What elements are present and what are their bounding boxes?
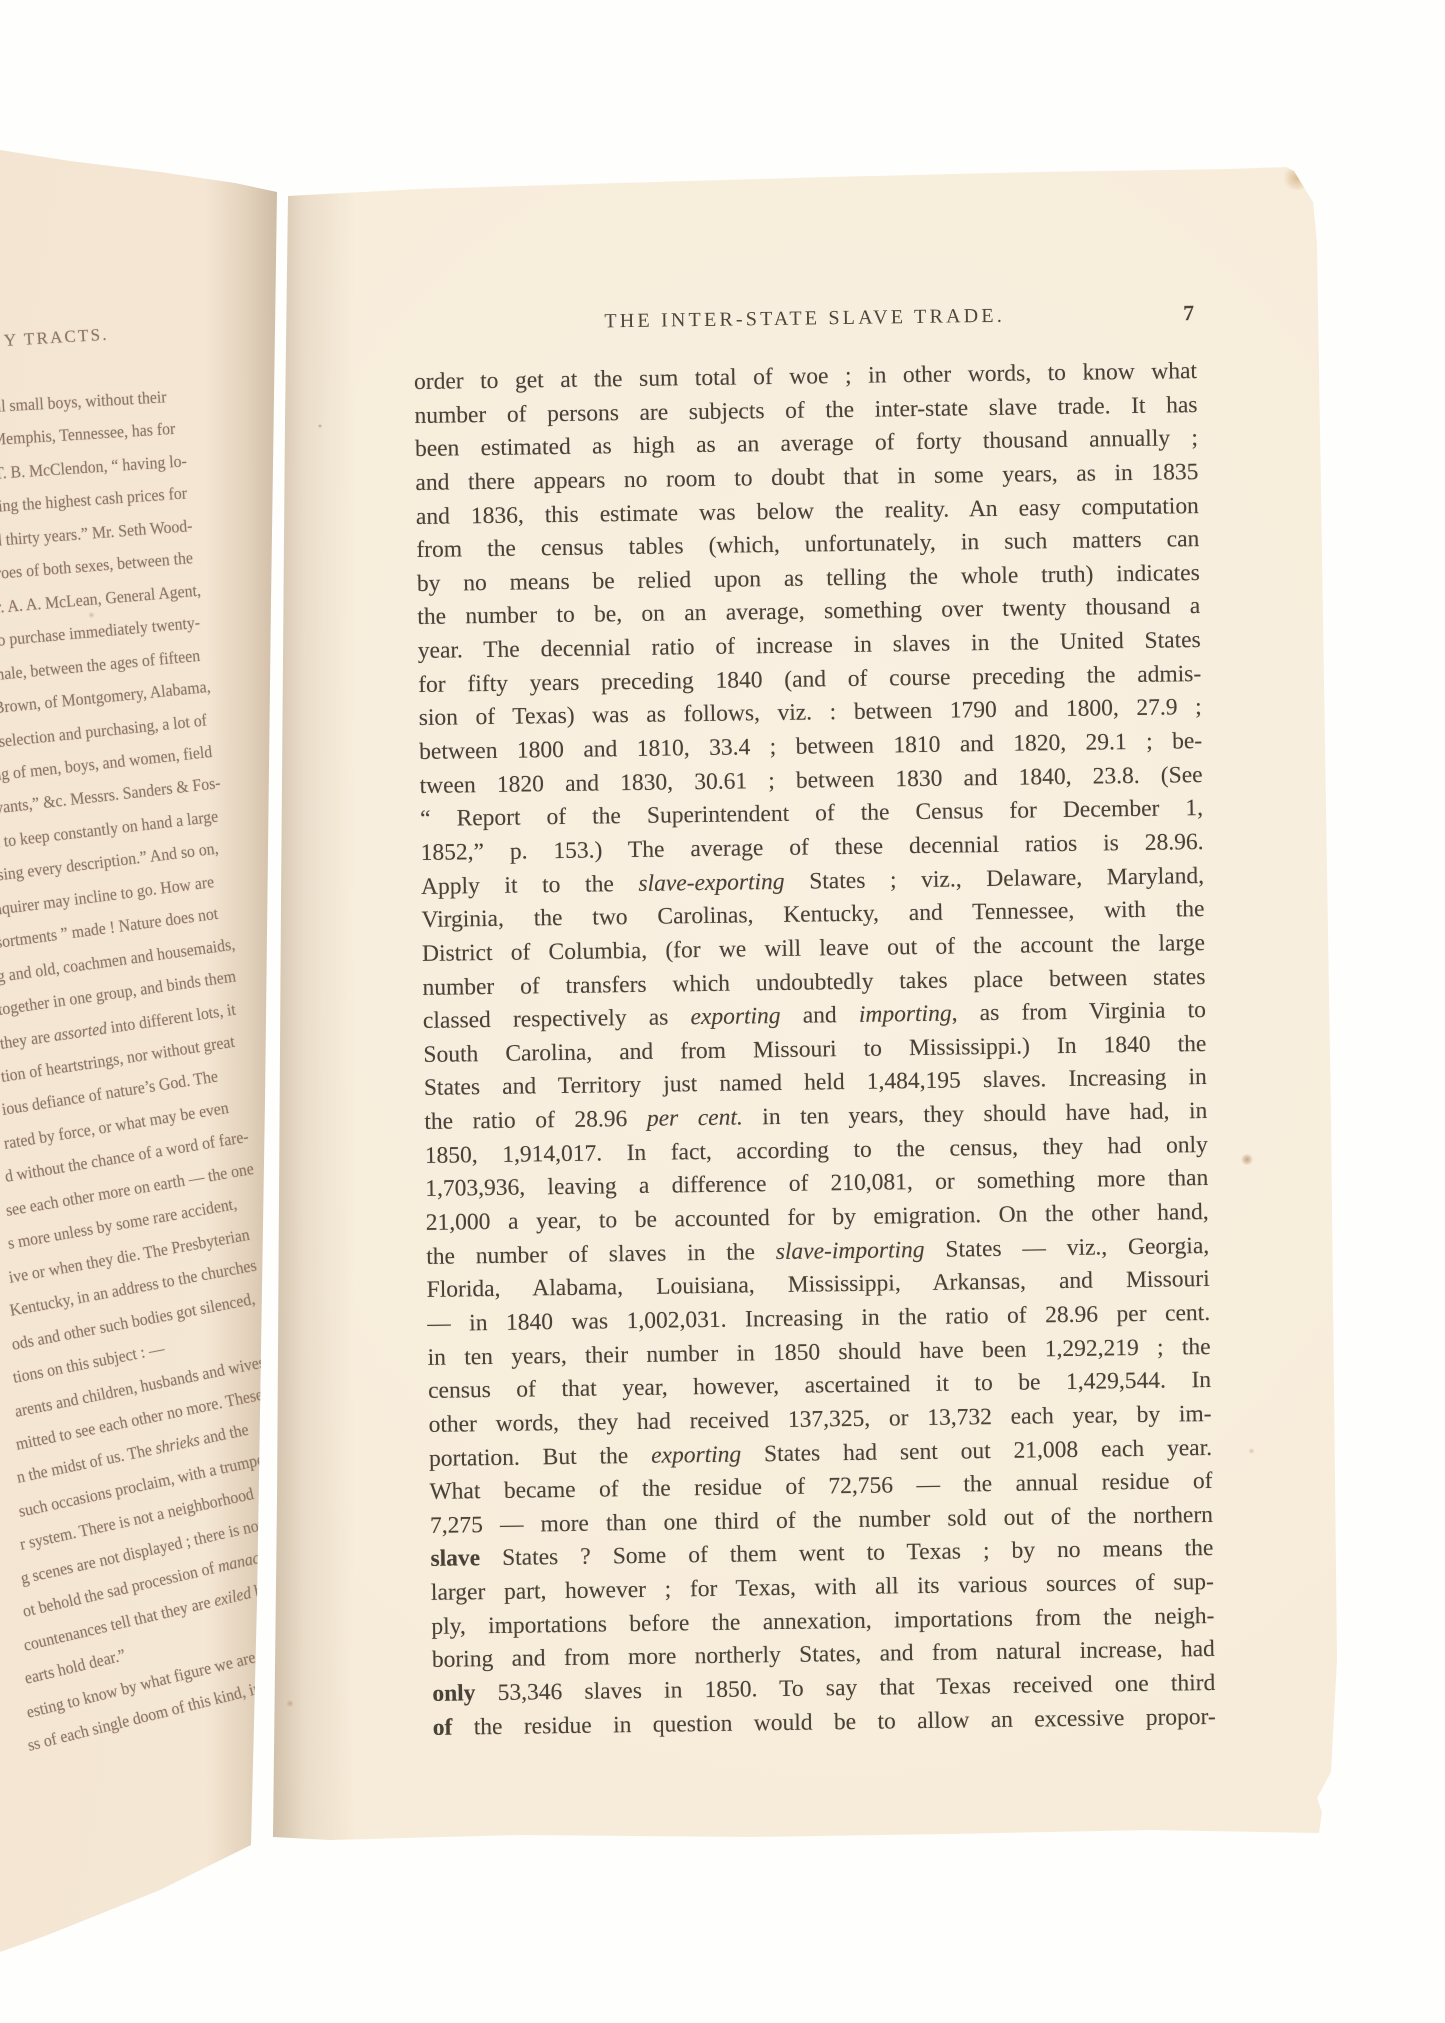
left-page-line: egroes of both sexes, between the xyxy=(0,548,193,585)
left-page-line: Mr. A. A. McLean, General Agent, xyxy=(0,580,202,618)
left-page-line: and thirty years.” Mr. Seth Wood- xyxy=(0,516,194,552)
left-page-line: giving the highest cash prices for xyxy=(0,484,188,519)
left-page-line: of Memphis, Tennessee, has for xyxy=(0,419,176,451)
main-page-gutter-shadow xyxy=(270,160,355,1843)
left-page-line: Ir. T. B. McClendon, “ having lo- xyxy=(0,451,187,485)
left-page-line: emale, between the ages of fifteen xyxy=(0,645,201,685)
running-head-title: THE INTER-STATE SLAVE TRADE. xyxy=(604,305,1005,333)
running-head-row: THE INTER-STATE SLAVE TRADE. 7 xyxy=(413,297,1196,340)
main-page-text: THE INTER-STATE SLAVE TRADE. 7 order to … xyxy=(413,297,1216,1745)
book-photo: Y TRACTS. veral small boys, without thei… xyxy=(0,0,1445,2023)
left-page-line: s to purchase immediately twenty- xyxy=(0,613,201,652)
body-text: order to get at the sum total of woe ; i… xyxy=(414,355,1216,1745)
stain xyxy=(1282,166,1312,190)
left-page-line: veral small boys, without their xyxy=(0,387,167,418)
foxing-spot xyxy=(1240,1154,1254,1165)
foxing-spot xyxy=(1248,1448,1255,1454)
left-running-head-fragment: Y TRACTS. xyxy=(3,325,109,351)
page-number: 7 xyxy=(1183,297,1194,329)
